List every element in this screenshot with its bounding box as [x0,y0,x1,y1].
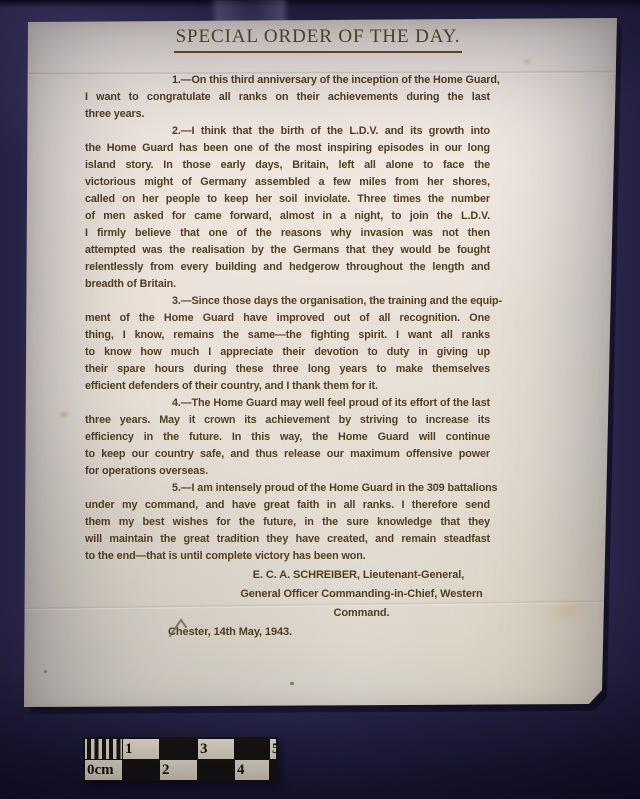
ruler-cell [160,739,197,759]
ruler-top-row: 1 3 5 [85,739,276,759]
text-line: 1.—On this third anniversary of the ince… [85,72,490,89]
document-paper: SPECIAL ORDER OF THE DAY. 1.—On this thi… [24,18,618,709]
text-line: attempted was the realisation by the Ger… [85,242,490,259]
text-line: 2.—I think that the birth of the L.D.V. … [85,123,490,140]
ruler-number: 1 [125,739,133,759]
photo-scale-ruler: 1 3 5 0cm 2 4 [83,737,278,781]
tape-mark [210,0,290,22]
paper-stain [544,596,590,626]
text-line: their spare hours during these three lon… [85,361,490,378]
ruler-number: 4 [237,760,245,780]
ruler-cell [270,760,276,780]
board-top-edge-shadow [0,0,640,8]
ruler-mm-stripes [85,739,122,759]
text-line: for operations overseas. [85,463,490,480]
paper-speck [44,670,47,673]
pencil-check-mark [168,617,194,639]
text-line: them my best wishes for the future, in t… [85,514,490,531]
text-line: 5.—I am intensely proud of the Home Guar… [85,480,490,497]
paragraph-2: 2.—I think that the birth of the L.D.V. … [85,123,490,293]
text-line: victorious might of Germany assembled a … [85,174,490,191]
ruler-cell [123,760,159,780]
page-title: SPECIAL ORDER OF THE DAY. [174,26,463,53]
signature-role: General Officer Commanding-in-Chief, Wes… [85,585,490,623]
text-line: to keep our country safe, and thus relea… [85,446,490,463]
signature-name: E. C. A. SCHREIBER, Lieutenant-General, [85,566,490,585]
ruler-cell: 0cm [85,760,122,780]
paragraph-1: 1.—On this third anniversary of the ince… [85,72,490,123]
photograph-of-document: SPECIAL ORDER OF THE DAY. 1.—On this thi… [0,0,640,799]
text-line: I want to congratulate all ranks on thei… [85,89,490,106]
ruler-number: 5 [272,739,280,759]
text-line: three years. [85,106,490,123]
text-line: three years. May it crown its achievemen… [85,412,490,429]
text-line: called on her people to keep her soil in… [85,191,490,208]
paragraph-5: 5.—I am intensely proud of the Home Guar… [85,480,490,565]
paragraph-4: 4.—The Home Guard may well feel proud of… [85,395,490,480]
paper-stain [522,58,532,66]
text-line: efficient defenders of their country, an… [85,378,490,395]
text-line: the Home Guard has been one of the most … [85,140,490,157]
paper-speck [290,682,294,685]
ruler-cell: 5 [270,739,276,759]
paper-stain [58,410,70,419]
ruler-cell: 4 [235,760,269,780]
ruler-number: 2 [162,760,170,780]
text-line: island story. In those early days, Brita… [85,157,490,174]
text-line: to the end—that is until complete victor… [85,548,490,565]
text-line: I firmly believe that one of the reasons… [85,225,490,242]
ruler-zero-label: 0cm [87,760,114,780]
text-line: relentlessly from every building and hed… [85,259,490,276]
text-line: efficiency in the future. In this way, t… [85,429,490,446]
ruler-cell [235,739,269,759]
text-line: ment of the Home Guard have improved out… [85,310,490,327]
document-body: 1.—On this third anniversary of the ince… [85,72,490,642]
ruler-cell: 2 [160,760,197,780]
text-line: of men asked for came forward, almost in… [85,208,490,225]
signature-block: E. C. A. SCHREIBER, Lieutenant-General, … [85,566,490,642]
ruler-cell: 1 [123,739,159,759]
ruler-number: 3 [200,739,208,759]
text-line: 4.—The Home Guard may well feel proud of… [85,395,490,412]
text-line: under my command, and have great faith i… [85,497,490,514]
text-line: thing, I know, remains the same—the figh… [85,327,490,344]
text-line: breadth of Britain. [85,276,490,293]
ruler-bottom-row: 0cm 2 4 [85,760,276,780]
title-row: SPECIAL ORDER OF THE DAY. [24,26,612,53]
ruler-cell: 3 [198,739,234,759]
text-line: will maintain the great tradition they h… [85,531,490,548]
ruler-cell [198,760,234,780]
text-line: 3.—Since those days the organisation, th… [85,293,490,310]
signature-place-date: Chester, 14th May, 1943. [85,623,490,642]
paragraph-3: 3.—Since those days the organisation, th… [85,293,490,395]
text-line: to know how much I appreciate their devo… [85,344,490,361]
